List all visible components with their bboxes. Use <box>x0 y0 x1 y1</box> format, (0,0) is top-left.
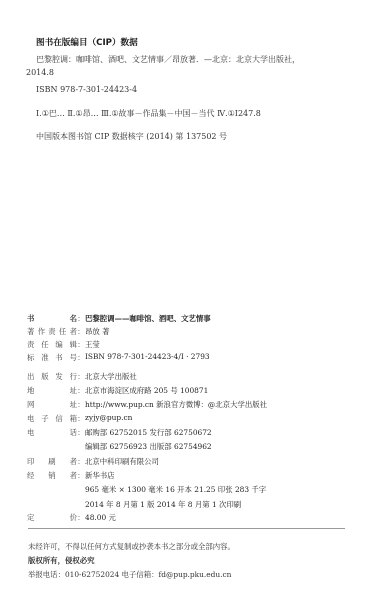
record-row-author: 著作责任者 ： 昂放 著 <box>27 326 110 337</box>
record-row-printer: 印刷者 ： 北京中科印刷有限公司 <box>27 456 159 467</box>
rights-reserved: 版权所有，侵权必究 <box>28 555 95 566</box>
divider <box>28 528 345 529</box>
record-label: 著作责任者 <box>27 326 77 337</box>
record-label: 地址 <box>27 385 77 396</box>
record-row-distributor: 经销者 ： 新华书店 <box>27 470 115 481</box>
website-link[interactable]: http://www.pup.cn 新浪官方微博：@北京大学出版社 <box>85 399 267 410</box>
distributor: 新华书店 <box>85 470 115 481</box>
record-label: 印刷者 <box>27 456 77 467</box>
edition-info: 2014 年 8 月第 1 版 2014 年 8 月第 1 次印刷 <box>85 499 241 510</box>
phone-numbers: 邮购部 62752015 发行部 62750672 <box>85 427 212 438</box>
copyright-notice: 未经许可，不得以任何方式复制或抄袭本书之部分或全部内容。 <box>28 541 235 552</box>
record-label: 网址 <box>27 399 77 410</box>
record-row-email: 电子信箱 ： zyjy@pup.cn <box>27 413 132 424</box>
record-row-isbn: 标准书号 ： ISBN 978-7-301-24423-4/I · 2793 <box>27 352 210 363</box>
record-row-address: 地址 ： 北京市海淀区成府路 205 号 100871 <box>27 385 208 396</box>
record-row-price: 定价 ： 48.00 元 <box>27 512 116 523</box>
phone-numbers-continued: 编辑部 62756923 出版部 62754962 <box>85 441 212 452</box>
record-label: 标准书号 <box>27 352 77 363</box>
editor: 王莹 <box>85 339 100 350</box>
record-label: 电子信箱 <box>27 413 77 424</box>
price: 48.00 元 <box>85 512 116 523</box>
format-specs: 965 毫米 × 1300 毫米 16 开本 21.25 印张 283 千字 <box>85 484 266 495</box>
cip-entry-line-1: 巴黎腔调：咖啡馆、酒吧、文艺情事／昂放著．—北京：北京大学出版社， <box>36 54 300 65</box>
record-label: 经销者 <box>27 470 77 481</box>
cip-entry-line-2: 2014.8 <box>26 68 54 77</box>
cip-classification: Ⅰ.①巴… Ⅱ.①昂… Ⅲ.①故事－作品集－中国－当代 Ⅳ.①I247.8 <box>36 108 261 119</box>
record-row-editor: 责任编辑 ： 王莹 <box>27 339 100 350</box>
record-row-phone: 电话 ： 邮购部 62752015 发行部 62750672 <box>27 427 212 438</box>
report-contact: 举报电话：010-62752024 电子信箱：fd@pup.pku.edu.cn <box>28 569 231 580</box>
record-label: 责任编辑 <box>27 339 77 350</box>
cip-record-number: 中国版本图书馆 CIP 数据核字 (2014) 第 137502 号 <box>36 131 227 142</box>
publisher: 北京大学出版社 <box>85 371 137 382</box>
cip-isbn: ISBN 978-7-301-24423-4 <box>36 85 137 94</box>
book-title: 巴黎腔调——咖啡馆、酒吧、文艺情事 <box>85 313 211 324</box>
record-label: 出版发行 <box>27 371 77 382</box>
email-link[interactable]: zyjy@pup.cn <box>85 413 132 424</box>
author: 昂放 著 <box>85 326 110 337</box>
address: 北京市海淀区成府路 205 号 100871 <box>85 385 208 396</box>
printer: 北京中科印刷有限公司 <box>85 456 159 467</box>
record-row-website: 网址 ： http://www.pup.cn 新浪官方微博：@北京大学出版社 <box>27 399 267 410</box>
record-row-title: 书名 ： 巴黎腔调——咖啡馆、酒吧、文艺情事 <box>27 313 211 324</box>
record-label: 电话 <box>27 427 77 438</box>
cip-title: 图书在版编目（CIP）数据 <box>36 36 138 48</box>
record-label: 定价 <box>27 512 77 523</box>
isbn: ISBN 978-7-301-24423-4/I · 2793 <box>85 352 210 363</box>
record-row-publisher: 出版发行 ： 北京大学出版社 <box>27 371 137 382</box>
record-label: 书名 <box>27 313 77 324</box>
